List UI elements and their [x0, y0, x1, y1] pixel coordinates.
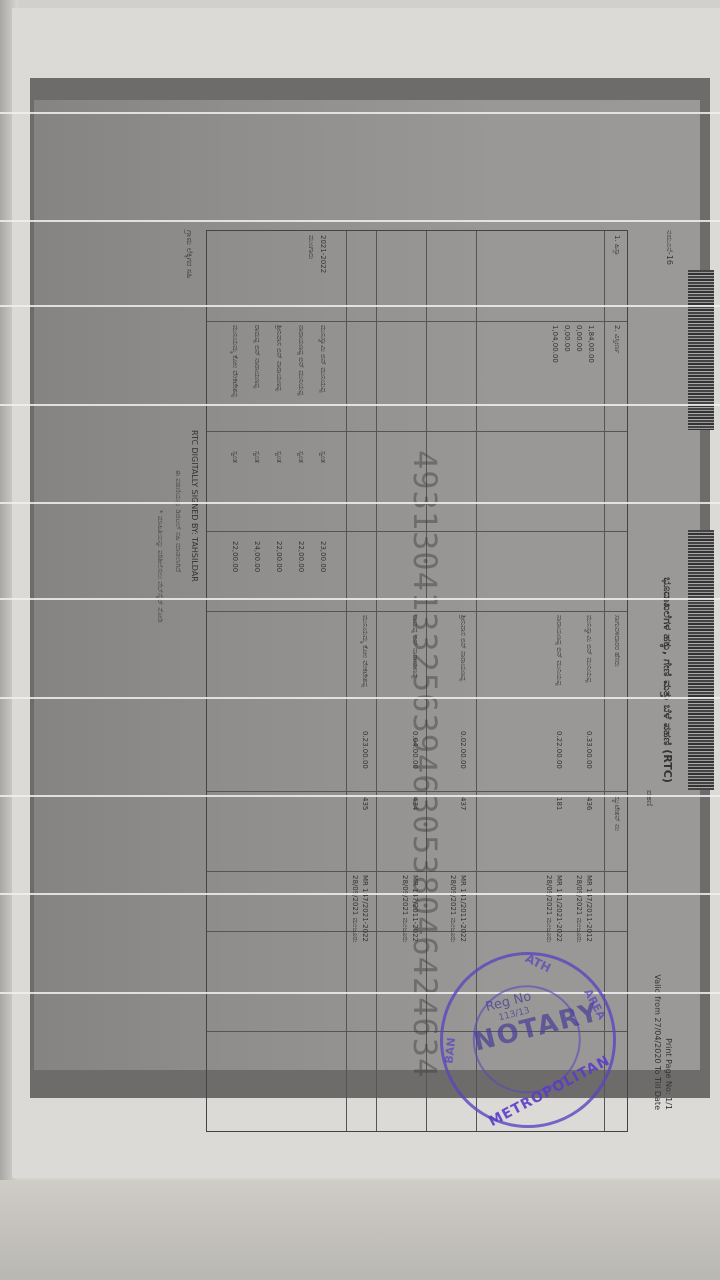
crop-type: ಸ್ವಂತ — [318, 451, 327, 463]
watermark-number: 4931304133256394630538046424634 — [406, 450, 444, 1078]
owner-khata: 181 — [555, 797, 563, 810]
crop-name: ಮುನಿಯಮ್ಮ ಕೋಂ ವೆಂಕಟೇಶಪ್ಪ — [230, 325, 239, 397]
glare-line — [0, 795, 720, 797]
barcode-center — [688, 530, 714, 790]
area-value: 0,00.00 — [563, 325, 571, 352]
col-divider — [207, 321, 627, 322]
crop-name: ಮುನಿಸ್ವಾಮಿ ಬಿನ್ ಮುನಿಯಪ್ಪ — [318, 325, 327, 393]
photocopy-area: ನಮೂನೆ-16 ಭೂದಾಖಲೆಗಳ ಹಕ್ಕು, ಗೇಣಿ ಮತ್ತು ಬೆಳ… — [30, 78, 710, 1098]
row-divider — [346, 231, 347, 1131]
crop-value: 24,00.00 — [253, 541, 261, 572]
owner-khata: 436 — [585, 797, 593, 810]
owner-date: 28/09/2021 ಮಂಜೂರು — [544, 875, 553, 942]
owner-name: ಮುನಿಸ್ವಾಮಿ ಬಿನ್ ಮುನಿಯಪ್ಪ — [584, 615, 593, 683]
glare-line — [0, 992, 720, 994]
owner-khata: 437 — [459, 797, 467, 810]
glare-line — [0, 112, 720, 114]
crop-type: ಸ್ವಂತ — [296, 451, 305, 463]
owner-name: ನಾರಾಯಣಪ್ಪ ಬಿನ್ ಮುನಿಯಪ್ಪ — [554, 615, 563, 686]
signature-label: ಗ್ರಾಮ ಲೆಕ್ಕಿಗರ ಸಹಿ — [184, 230, 194, 279]
crop-value: 22,00.00 — [275, 541, 283, 572]
owner-date: 28/09/2021 ಮಂಜೂರು — [350, 875, 359, 942]
owner-date: 28/09/2021 ಮಂಜೂರು — [448, 875, 457, 942]
row-divider — [376, 231, 377, 1131]
stamp-ring-left: BAN — [442, 1037, 458, 1064]
crop-name: ರಾಮಪ್ಪ ಬಿನ್ ನಾರಾಯಣಪ್ಪ — [252, 325, 261, 388]
footer-note: ಈ ಪಹಣಿಯನ್ನು ಡಿಜಿಟಲ್ ಸಹಿ ಮಾಡಲಾಗಿದೆ — [173, 470, 182, 572]
document-title: ಭೂದಾಖಲೆಗಳ ಹಕ್ಕು, ಗೇಣಿ ಮತ್ತು ಬೆಳೆ ಪಹಣಿ (R… — [660, 380, 674, 980]
owner-name: ಮುನಿಯಮ್ಮ ಕೋಂ ವೆಂಕಟೇಶಪ್ಪ — [360, 615, 369, 687]
mutation-header: ಮ್ಯುಟೇಶನ್ ನಂ — [612, 795, 621, 831]
crop-value: 22,00.00 — [297, 541, 305, 572]
photocopy-content: ನಮೂನೆ-16 ಭೂದಾಖಲೆಗಳ ಹಕ್ಕು, ಗೇಣಿ ಮತ್ತು ಬೆಳ… — [34, 100, 700, 1070]
crop-type: ಸ್ವಂತ — [230, 451, 239, 463]
digital-signature: RTC DIGITALLY SIGNED BY: TAHSILDAR — [190, 430, 199, 582]
area-value: 1,84,00.00 — [587, 325, 595, 363]
glare-line — [0, 404, 720, 406]
col-divider — [207, 431, 627, 432]
owner-date: 28/09/2021 ಮಂಜೂರು — [574, 875, 583, 942]
owner-extent: 0.33.00.00 — [585, 731, 593, 769]
paper-sheet: ನಮೂನೆ-16 ಭೂದಾಖಲೆಗಳ ಹಕ್ಕು, ಗೇಣಿ ಮತ್ತು ಬೆಳ… — [12, 8, 720, 1178]
cultivation-header: ಸಾಗುವಳಿದಾರರ ಹೆಸರು — [612, 615, 621, 667]
table-surface — [0, 1180, 720, 1280]
crop-name: ಶ್ರೀನಿವಾಸ ಬಿನ್ ನಾರಾಯಣಪ್ಪ — [274, 325, 283, 391]
glare-line — [0, 893, 720, 895]
crop-year: 2021-2022 — [319, 235, 327, 273]
owner-extent: 0.23.00.00 — [361, 731, 369, 769]
owner-mr: MR 141/2021-2022 — [555, 875, 563, 942]
owner-extent: 0.02.00.00 — [459, 731, 467, 769]
form-number: ನಮೂನೆ-16 — [664, 230, 674, 265]
stamp-ring-top: ATH — [523, 951, 553, 975]
crop-name: ನಾರಾಯಣಪ್ಪ ಬಿನ್ ಮುನಿಯಪ್ಪ — [296, 325, 305, 396]
owner-extent: 0.22.00.00 — [555, 731, 563, 769]
crop-value: 22,00.00 — [231, 541, 239, 572]
barcode-left — [688, 270, 714, 430]
glare-line — [0, 697, 720, 699]
crop-type: ಸ್ವಂತ — [274, 451, 283, 463]
area-header: 2. ವಿಸ್ತೀರ್ಣ — [612, 325, 621, 353]
document-subtitle: ಪಹಣಿ — [644, 790, 654, 806]
area-value: 0,00.00 — [575, 325, 583, 352]
glare-line — [0, 220, 720, 222]
owner-name: ಶ್ರೀನಿವಾಸ ಬಿನ್ ನಾರಾಯಣಪ್ಪ — [458, 615, 467, 681]
page-number: Print Page No: 1/1 — [663, 974, 674, 1110]
area-value: 1,04,00.00 — [551, 325, 559, 363]
glare-line — [0, 598, 720, 600]
glare-line — [0, 305, 720, 307]
owner-mr: MR 147/2021-2022 — [361, 875, 369, 942]
owner-header: 1. ಹಿಸ್ಸಾ — [612, 235, 621, 256]
owner-mr: MR 141/2011-2022 — [459, 875, 467, 942]
page-info: Print Page No: 1/1 Valid from 27/04/2020… — [652, 974, 674, 1110]
crop-season: ಮುಂಗಾರು — [306, 235, 315, 259]
owner-mr: MR 147/2011-2012 — [585, 875, 593, 942]
crop-type: ಸ್ವಂತ — [252, 451, 261, 463]
validity-dates: Valid from 27/04/2020 To Till Date — [652, 974, 663, 1110]
crop-value: 23,00.00 — [319, 541, 327, 572]
footer-disclaimer: * ಮಾಹಿತಿಯನ್ನು ಪರಿಶೀಲಿಸಲು ವೆಬ್‌ಸೈಟ್ ನೋಡಿ — [155, 510, 164, 623]
glare-line — [0, 502, 720, 504]
owner-khata: 435 — [361, 797, 369, 810]
